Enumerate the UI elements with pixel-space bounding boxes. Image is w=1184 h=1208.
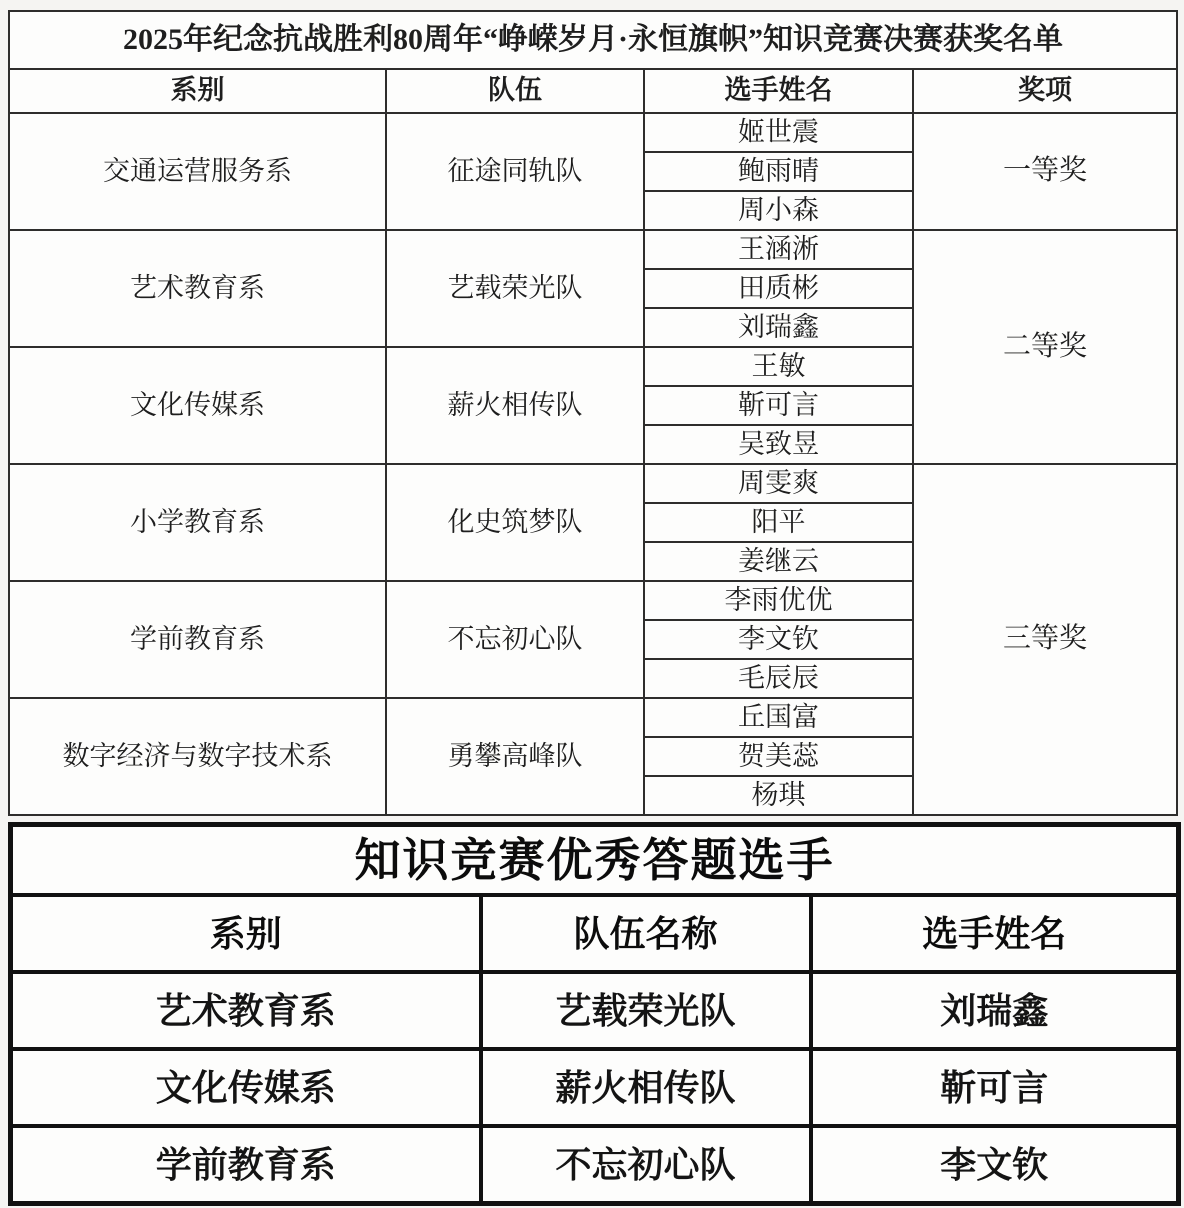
department-cell: 数字经济与数字技术系: [9, 698, 386, 815]
award-cell-second-prize: 二等奖: [913, 230, 1177, 464]
table-row: 文化传媒系 薪火相传队 靳可言: [11, 1049, 1179, 1126]
column-header-team: 队伍: [386, 69, 644, 113]
award-cell-first-prize: 一等奖: [913, 113, 1177, 230]
table-row: 学前教育系 不忘初心队 李文钦: [11, 1126, 1179, 1204]
column-header-department: 系别: [11, 895, 481, 972]
player-cell: 阳平: [644, 503, 913, 542]
column-header-player: 选手姓名: [811, 895, 1179, 972]
team-cell: 薪火相传队: [481, 1049, 811, 1126]
team-cell: 艺载荣光队: [386, 230, 644, 347]
player-cell: 李文钦: [811, 1126, 1179, 1204]
team-cell: 化史筑梦队: [386, 464, 644, 581]
player-cell: 贺美蕊: [644, 737, 913, 776]
column-header-award: 奖项: [913, 69, 1177, 113]
table-row: 艺术教育系 艺载荣光队 刘瑞鑫: [11, 972, 1179, 1049]
player-cell: 靳可言: [811, 1049, 1179, 1126]
player-cell: 丘国富: [644, 698, 913, 737]
player-cell: 靳可言: [644, 386, 913, 425]
player-cell: 田质彬: [644, 269, 913, 308]
document-page: 2025年纪念抗战胜利80周年“峥嵘岁月·永恒旗帜”知识竞赛决赛获奖名单 系别 …: [0, 0, 1184, 1206]
awards-table: 2025年纪念抗战胜利80周年“峥嵘岁月·永恒旗帜”知识竞赛决赛获奖名单 系别 …: [8, 10, 1178, 816]
column-header-department: 系别: [9, 69, 386, 113]
table-row: 小学教育系 化史筑梦队 周雯爽 三等奖: [9, 464, 1177, 503]
awards-header-row: 系别 队伍 选手姓名 奖项: [9, 69, 1177, 113]
award-cell-third-prize: 三等奖: [913, 464, 1177, 815]
department-cell: 学前教育系: [9, 581, 386, 698]
player-cell: 姬世震: [644, 113, 913, 152]
player-cell: 刘瑞鑫: [811, 972, 1179, 1049]
column-header-player: 选手姓名: [644, 69, 913, 113]
department-cell: 交通运营服务系: [9, 113, 386, 230]
team-cell: 不忘初心队: [386, 581, 644, 698]
player-cell: 李文钦: [644, 620, 913, 659]
player-cell: 王涵淅: [644, 230, 913, 269]
excellence-header-row: 系别 队伍名称 选手姓名: [11, 895, 1179, 972]
player-cell: 刘瑞鑫: [644, 308, 913, 347]
column-header-team-name: 队伍名称: [481, 895, 811, 972]
player-cell: 周雯爽: [644, 464, 913, 503]
team-cell: 勇攀高峰队: [386, 698, 644, 815]
player-cell: 吴致昱: [644, 425, 913, 464]
table-row: 艺术教育系 艺载荣光队 王涵淅 二等奖: [9, 230, 1177, 269]
player-cell: 李雨优优: [644, 581, 913, 620]
awards-table-title: 2025年纪念抗战胜利80周年“峥嵘岁月·永恒旗帜”知识竞赛决赛获奖名单: [9, 11, 1177, 69]
player-cell: 周小森: [644, 191, 913, 230]
excellence-table-title: 知识竞赛优秀答题选手: [11, 825, 1179, 896]
department-cell: 文化传媒系: [11, 1049, 481, 1126]
player-cell: 毛辰辰: [644, 659, 913, 698]
department-cell: 艺术教育系: [11, 972, 481, 1049]
department-cell: 文化传媒系: [9, 347, 386, 464]
table-row: 交通运营服务系 征途同轨队 姬世震 一等奖: [9, 113, 1177, 152]
team-cell: 薪火相传队: [386, 347, 644, 464]
player-cell: 杨琪: [644, 776, 913, 815]
player-cell: 鲍雨晴: [644, 152, 913, 191]
department-cell: 学前教育系: [11, 1126, 481, 1204]
team-cell: 不忘初心队: [481, 1126, 811, 1204]
department-cell: 小学教育系: [9, 464, 386, 581]
player-cell: 王敏: [644, 347, 913, 386]
team-cell: 征途同轨队: [386, 113, 644, 230]
player-cell: 姜继云: [644, 542, 913, 581]
team-cell: 艺载荣光队: [481, 972, 811, 1049]
excellence-table: 知识竞赛优秀答题选手 系别 队伍名称 选手姓名 艺术教育系 艺载荣光队 刘瑞鑫 …: [8, 822, 1181, 1206]
department-cell: 艺术教育系: [9, 230, 386, 347]
